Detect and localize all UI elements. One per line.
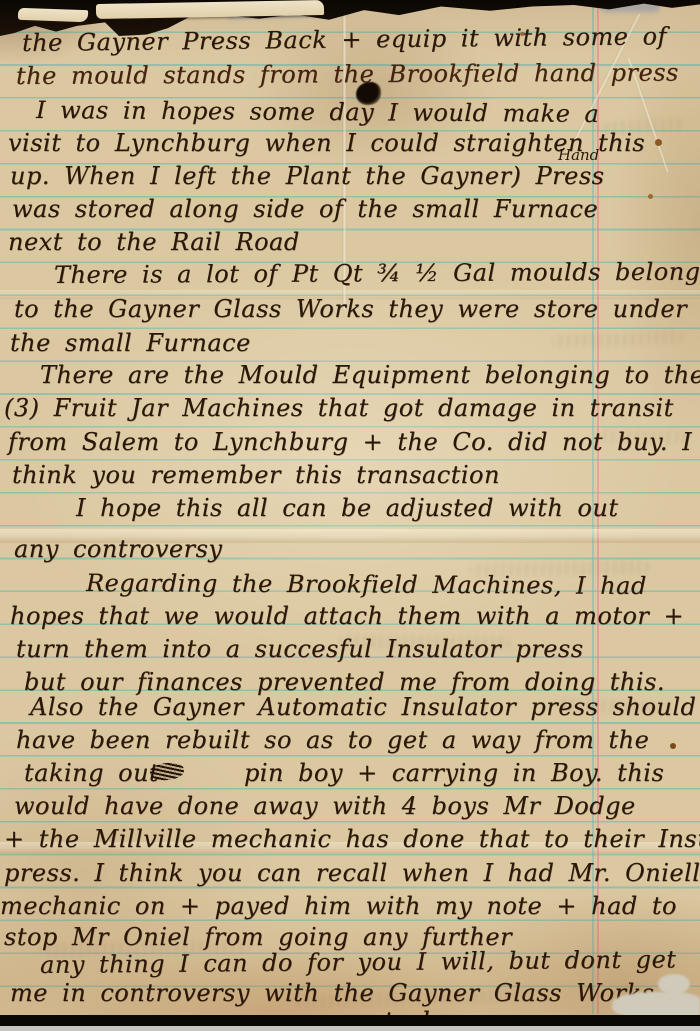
letter-line: mechanic on + payed him with my note + h… xyxy=(0,893,677,919)
letter-line: stop Mr Oniel from going any further xyxy=(4,924,512,950)
letter-line: me in controversy with the Gayner Glass … xyxy=(10,980,654,1006)
worn-patch xyxy=(658,974,690,994)
letter-line: the mould stands from the Brookfield han… xyxy=(16,60,679,89)
letter-line: hopes that we would attach them with a m… xyxy=(10,603,684,629)
photo-bottom-margin xyxy=(0,1026,700,1031)
letter-line: would have done away with 4 boys Mr Dodg… xyxy=(14,793,636,819)
letter-line: Also the Gayner Automatic Insulator pres… xyxy=(30,694,696,720)
letter-line: There is a lot of Pt Qt ¾ ½ Gal moulds b… xyxy=(54,258,700,288)
ink-blot xyxy=(356,82,381,105)
interline-insert-hand: Hand xyxy=(558,146,599,164)
letter-line: taking out pin boy + carrying in Boy. th… xyxy=(24,760,664,786)
letter-line: + the Millville mechanic has done that t… xyxy=(4,826,700,852)
letter-line: up. When I left the Plant the Gayner) Pr… xyxy=(10,163,605,189)
letter-line: any controversy xyxy=(14,536,222,562)
letter-line: to the Gayner Glass Works they were stor… xyxy=(14,296,687,322)
ink-speck xyxy=(520,32,525,36)
letter-line: but our finances prevented me from doing… xyxy=(24,669,665,695)
letter-line: (3) Fruit Jar Machines that got damage i… xyxy=(4,395,674,421)
letter-line: have been rebuilt so as to get a way fro… xyxy=(16,727,649,753)
letter-line: was stored along side of the small Furna… xyxy=(12,196,598,222)
torn-paper-flap xyxy=(18,8,88,22)
letter-line: any thing I can do for you I will, but d… xyxy=(40,946,677,978)
letter-line: There are the Mould Equipment belonging … xyxy=(40,362,700,388)
ghost-writing xyxy=(552,331,682,349)
letter-page: the Gayner Press Back + equip it with so… xyxy=(0,0,700,1016)
letter-line: think you remember this transaction xyxy=(12,462,500,488)
photo-bottom-border xyxy=(0,1015,700,1026)
ink-speck xyxy=(670,743,676,749)
photo-backdrop: the Gayner Press Back + equip it with so… xyxy=(0,0,700,1031)
ink-speck xyxy=(655,139,662,146)
letter-line: I was in hopes some day I would make a xyxy=(36,97,599,127)
letter-line: press. I think you can recall when I had… xyxy=(4,860,700,886)
ink-speck xyxy=(648,194,653,199)
letter-line: I hope this all can be adjusted with out xyxy=(76,495,618,521)
letter-line: from Salem to Lynchburg + the Co. did no… xyxy=(8,429,692,455)
letter-line: next to the Rail Road xyxy=(8,229,300,255)
letter-line: turn them into a succesful Insulator pre… xyxy=(16,636,584,662)
letter-line: the small Furnace xyxy=(10,330,251,356)
letter-line: Regarding the Brookfield Machines, I had xyxy=(86,570,647,599)
letter-line: visit to Lynchburg when I could straight… xyxy=(8,130,645,156)
